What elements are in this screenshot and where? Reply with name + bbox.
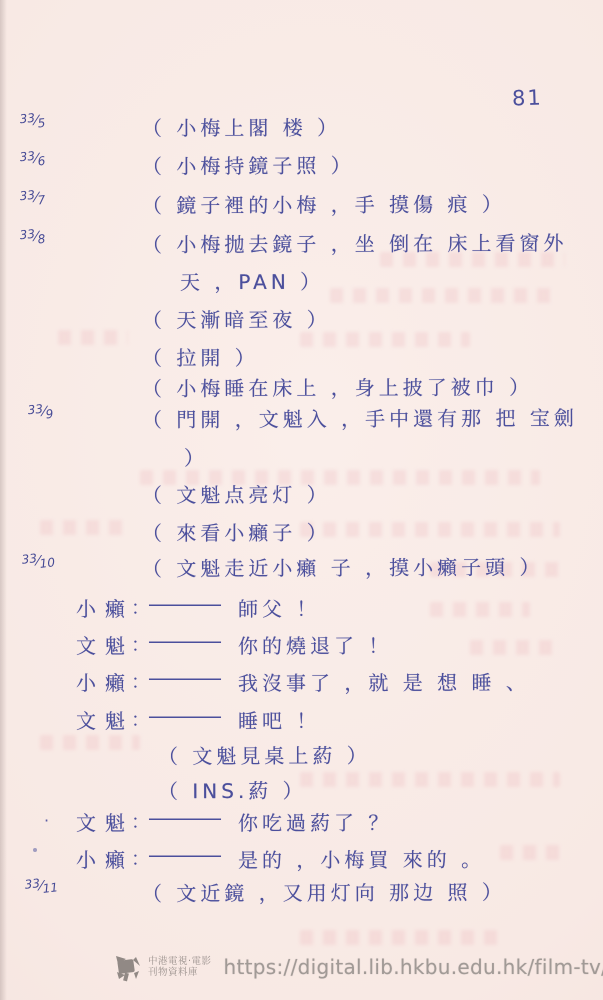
dialogue-text: 你吃過葯了 ？: [238, 807, 392, 837]
speaker-name: 文魁: [76, 807, 134, 836]
speaker-name: 小癩: [76, 844, 134, 873]
dialogue-row: 文魁 ： ———— 睡吧 ！: [0, 705, 603, 737]
action-line-row: 33⁄7 （ 鏡子裡的小梅 ，手 摸傷 痕 ）: [0, 189, 603, 221]
line-text: （ 小梅睡在床上 ，身上披了被巾 ）: [142, 371, 533, 402]
scene-number: 33⁄6: [19, 151, 46, 169]
dialogue-dash: ————: [148, 629, 220, 653]
action-line-row: 33⁄6 （ 小梅持鏡子照 ）: [0, 150, 603, 182]
watermark-org-line1: 中港電視·電影: [148, 956, 212, 968]
line-text: （ 文近鏡 ，又用灯向 那边 照 ）: [142, 876, 506, 907]
line-text: （ 來看小癩子 ）: [142, 517, 331, 547]
dialogue-row: 小癩 ： ———— 是的 ，小梅買 來的 。: [0, 844, 603, 876]
scene-number: 33⁄7: [19, 190, 46, 208]
line-text: （ 拉開 ）: [142, 342, 259, 372]
scene-number: 33⁄11: [24, 877, 58, 895]
page-number: 81: [512, 85, 544, 110]
lead-dot: ·: [44, 811, 49, 830]
dialogue-dash: ————: [148, 592, 220, 616]
dialogue-dash: ————: [148, 843, 220, 867]
bleedthrough-smudge: [300, 930, 500, 945]
dialogue-text: 我沒事了 ，就 是 想 睡 、: [238, 666, 530, 696]
action-line-row: （ 來看小癩子 ）: [0, 517, 603, 549]
dialogue-dash: ————: [148, 806, 220, 830]
dialogue-text: 是的 ，小梅買 來的 。: [238, 844, 485, 874]
action-line-row: 33⁄10 （ 文魁走近小癩 子 ，摸小癩子頭 ）: [0, 552, 603, 584]
dialogue-text: 你的燒退了 ！: [238, 630, 392, 660]
action-line-row: 33⁄5 （ 小梅上閣 楼 ）: [0, 112, 603, 144]
dialogue-text: 師父 ！: [238, 593, 320, 622]
line-text: （ 門開 ，文魁入 ，手中還有那 把 宝劍: [142, 402, 578, 433]
line-text: （ 小梅抛去鏡子 ，坐 倒在 床上看窗外: [142, 227, 568, 258]
line-text: （ 小梅持鏡子照 ）: [142, 150, 355, 180]
action-line-row: （ 小梅睡在床上 ，身上披了被巾 ）: [0, 372, 603, 404]
action-line-row: （ INS.葯 ）: [0, 775, 603, 807]
line-text: （ 小梅上閣 楼 ）: [142, 112, 341, 142]
action-line-row: （ 天漸暗至夜 ）: [0, 304, 603, 336]
action-line-row: （ 拉開 ）: [0, 342, 603, 374]
line-text: ）: [184, 442, 208, 471]
watermark-org-line2: 刊物資料庫: [148, 967, 212, 979]
line-text: （ 文魁見桌上葯 ）: [158, 740, 371, 770]
scene-number: 33⁄5: [19, 113, 46, 131]
speaker-name: 文魁: [76, 630, 134, 659]
dialogue-dash: ————: [148, 704, 220, 728]
dialogue-dash: ————: [148, 666, 220, 690]
line-text: （ 鏡子裡的小梅 ，手 摸傷 痕 ）: [142, 188, 506, 219]
watermark: 中港電視·電影 刊物資料庫 https://digital.lib.hkbu.e…: [110, 946, 603, 988]
line-text: （ INS.葯 ）: [158, 775, 307, 805]
action-line-row: （ 文魁見桌上葯 ）: [0, 740, 603, 772]
action-line-row: 33⁄9 （ 門開 ，文魁入 ，手中還有那 把 宝劍: [0, 403, 603, 435]
watermark-url: https://digital.lib.hkbu.edu.hk/film-tv/: [224, 955, 603, 979]
scene-number: 33⁄10: [21, 552, 55, 570]
film-spotlight-icon: [110, 950, 144, 984]
action-line-row: ）: [0, 442, 603, 474]
line-text: 天 ，PAN ）: [180, 266, 324, 296]
line-text: （ 文魁点亮灯 ）: [142, 479, 331, 509]
scene-number: 33⁄9: [27, 404, 54, 422]
scene-number: 33⁄8: [19, 229, 46, 247]
speaker-name: 文魁: [76, 705, 134, 734]
line-text: （ 文魁走近小癩 子 ，摸小癩子頭 ）: [142, 551, 544, 582]
watermark-org-name: 中港電視·電影 刊物資料庫: [148, 956, 212, 979]
dialogue-text: 睡吧 ！: [238, 705, 320, 734]
dialogue-row: 文魁 ： ———— 你的燒退了 ！: [0, 630, 603, 662]
dialogue-row: 小癩 ： ———— 師父 ！: [0, 593, 603, 625]
action-line-row: （ 文魁点亮灯 ）: [0, 479, 603, 511]
line-text: （ 天漸暗至夜 ）: [142, 304, 331, 334]
dialogue-row: · 文魁 ： ———— 你吃過葯了 ？: [0, 807, 603, 839]
action-line-row: 天 ，PAN ）: [0, 266, 603, 298]
speaker-name: 小癩: [76, 593, 134, 622]
speaker-name: 小癩: [76, 667, 134, 696]
action-line-row: 33⁄11 （ 文近鏡 ，又用灯向 那边 照 ）: [0, 877, 603, 909]
action-line-row: 33⁄8 （ 小梅抛去鏡子 ，坐 倒在 床上看窗外: [0, 228, 603, 260]
dialogue-row: 小癩 ： ———— 我沒事了 ，就 是 想 睡 、: [0, 667, 603, 699]
scanned-script-page: { "page_number": "81", "rows": [ {"marke…: [0, 0, 603, 1000]
